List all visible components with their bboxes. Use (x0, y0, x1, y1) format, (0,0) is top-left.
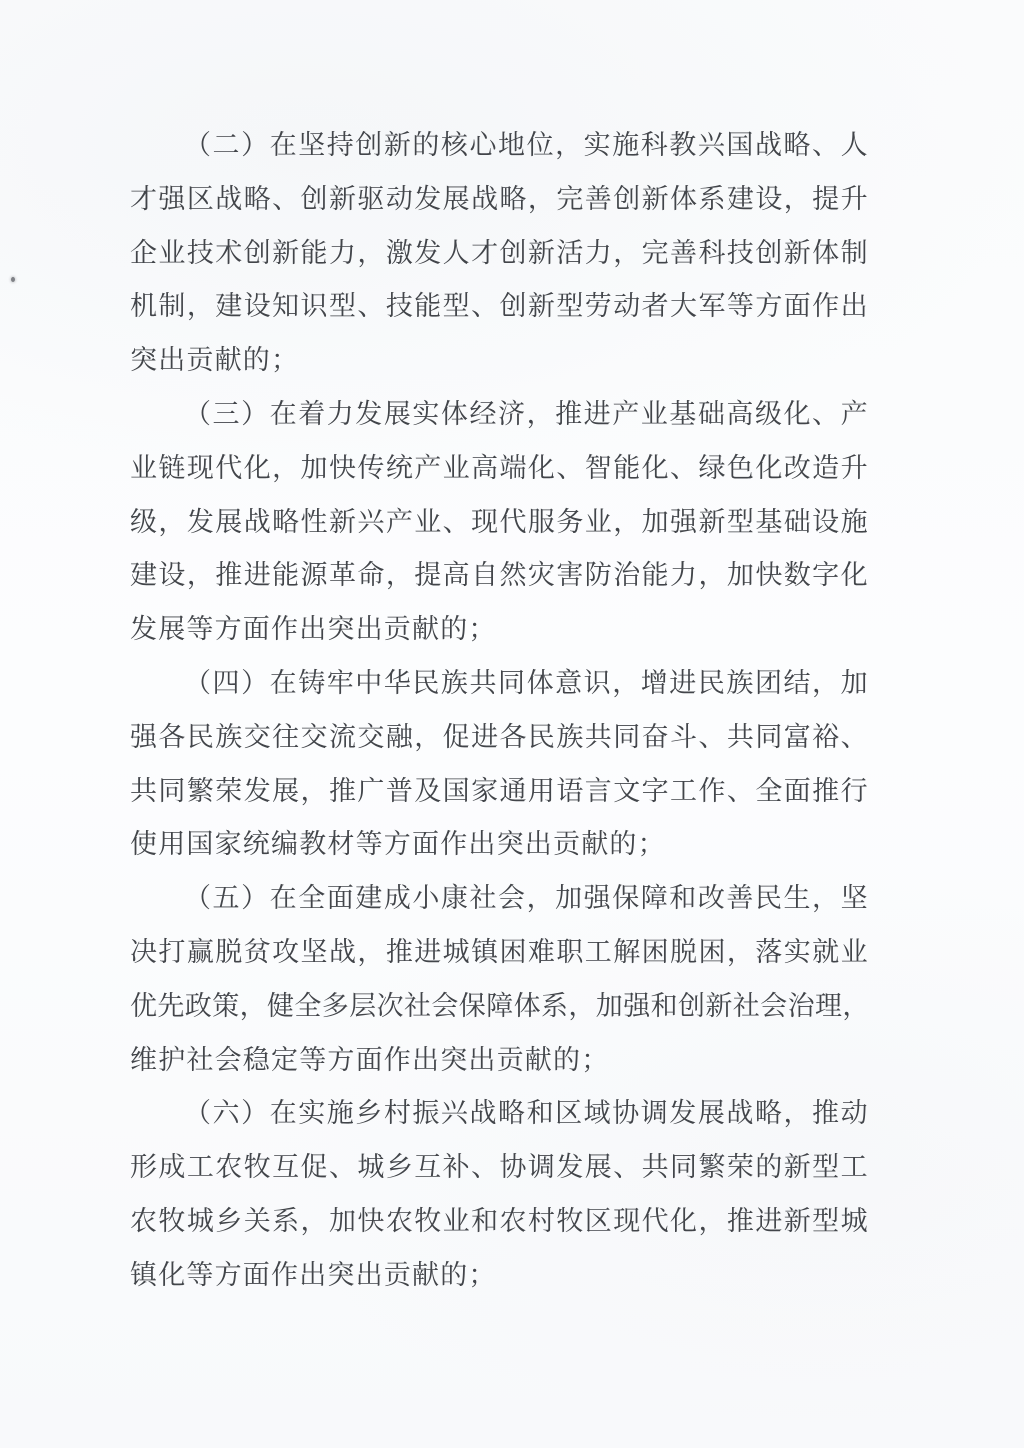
paragraph-item-6: （六）在实施乡村振兴战略和区域协调发展战略，推动形成工农牧互促、城乡互补、协调发… (130, 1087, 868, 1302)
text-line: 维护社会稳定等方面作出突出贡献的； (130, 1034, 868, 1088)
scan-speck (11, 277, 15, 282)
text-block: （二）在坚持创新的核心地位，实施科教兴国战略、人才强区战略、创新驱动发展战略，完… (130, 119, 868, 1303)
text-line: 强各民族交往交流交融，促进各民族共同奋斗、共同富裕、 (130, 711, 868, 765)
text-line: 业链现代化，加快传统产业高端化、智能化、绿色化改造升 (130, 442, 868, 496)
text-line: 使用国家统编教材等方面作出突出贡献的； (130, 818, 868, 872)
text-line: 农牧城乡关系，加快农牧业和农村牧区现代化，推进新型城 (130, 1195, 868, 1249)
text-line: （三）在着力发展实体经济，推进产业基础高级化、产 (130, 388, 868, 442)
text-line: 决打赢脱贫攻坚战，推进城镇困难职工解困脱困，落实就业 (130, 926, 868, 980)
text-line: 形成工农牧互促、城乡互补、协调发展、共同繁荣的新型工 (130, 1141, 868, 1195)
text-line: （五）在全面建成小康社会，加强保障和改善民生，坚 (130, 872, 868, 926)
text-line: 才强区战略、创新驱动发展战略，完善创新体系建设，提升 (130, 173, 868, 227)
document-page: （二）在坚持创新的核心地位，实施科教兴国战略、人才强区战略、创新驱动发展战略，完… (0, 0, 1024, 1448)
text-line: 企业技术创新能力，激发人才创新活力，完善科技创新体制 (130, 227, 868, 281)
text-line: 建设，推进能源革命，提高自然灾害防治能力，加快数字化 (130, 549, 868, 603)
paragraph-item-2: （二）在坚持创新的核心地位，实施科教兴国战略、人才强区战略、创新驱动发展战略，完… (130, 119, 868, 388)
text-line: （四）在铸牢中华民族共同体意识，增进民族团结，加 (130, 657, 868, 711)
text-line: （六）在实施乡村振兴战略和区域协调发展战略，推动 (130, 1087, 868, 1141)
text-line: 优先政策，健全多层次社会保障体系，加强和创新社会治理， (130, 980, 868, 1034)
text-line: 共同繁荣发展，推广普及国家通用语言文字工作、全面推行 (130, 765, 868, 819)
text-line: 级，发展战略性新兴产业、现代服务业，加强新型基础设施 (130, 496, 868, 550)
text-line: 镇化等方面作出突出贡献的； (130, 1249, 868, 1303)
text-line: 机制，建设知识型、技能型、创新型劳动者大军等方面作出 (130, 280, 868, 334)
text-line: （二）在坚持创新的核心地位，实施科教兴国战略、人 (130, 119, 868, 173)
paragraph-item-5: （五）在全面建成小康社会，加强保障和改善民生，坚决打赢脱贫攻坚战，推进城镇困难职… (130, 872, 868, 1087)
text-line: 发展等方面作出突出贡献的； (130, 603, 868, 657)
paragraph-item-3: （三）在着力发展实体经济，推进产业基础高级化、产业链现代化，加快传统产业高端化、… (130, 388, 868, 657)
paragraph-item-4: （四）在铸牢中华民族共同体意识，增进民族团结，加强各民族交往交流交融，促进各民族… (130, 657, 868, 872)
text-line: 突出贡献的； (130, 334, 868, 388)
